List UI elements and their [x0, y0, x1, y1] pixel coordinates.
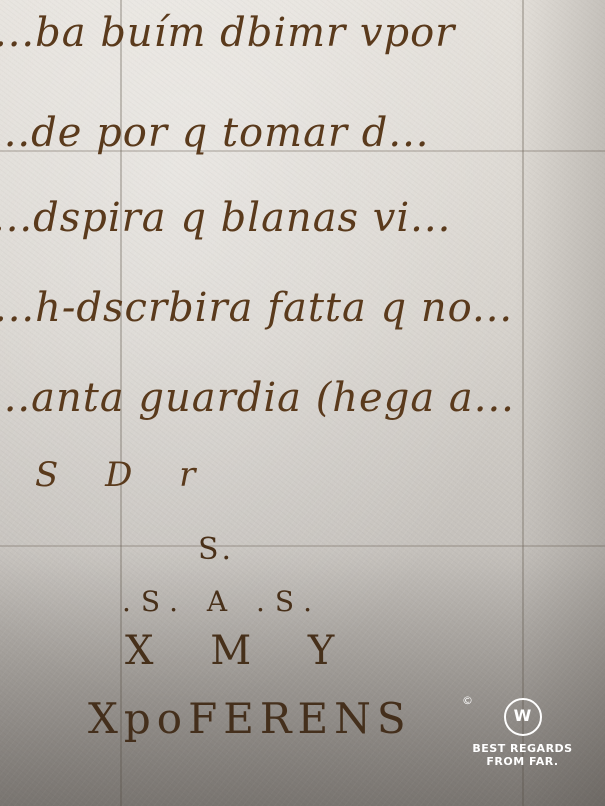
manuscript-photo: ...ba buím dbimr vpor ...de por q tomar … — [0, 0, 605, 806]
heart-w-logo-icon: W — [504, 698, 542, 736]
manuscript-line-2: ...de por q tomar d... — [0, 110, 430, 156]
manuscript-line-1: ...ba buím dbimr vpor — [0, 10, 455, 56]
watermark-line-1: BEST REGARDS — [470, 742, 575, 755]
manuscript-line-6: S D r — [35, 455, 213, 495]
manuscript-line-3: ...dspira q blanas vi... — [0, 195, 451, 241]
copyright-symbol: © — [462, 694, 473, 707]
manuscript-line-5: ...anta guardia (hega a... — [0, 375, 515, 421]
manuscript-line-4: ...h-dscrbira fatta q no... — [0, 285, 513, 331]
watermark: © W BEST REGARDS FROM FAR. — [470, 696, 575, 768]
watermark-line-2: FROM FAR. — [470, 755, 575, 768]
